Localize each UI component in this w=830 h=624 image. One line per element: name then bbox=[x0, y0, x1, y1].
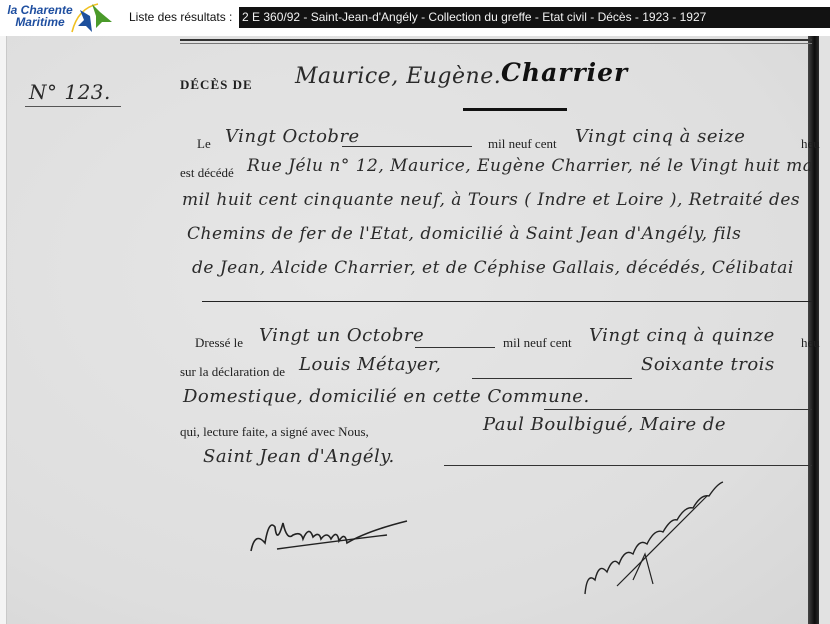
document-viewer[interactable]: N° 123. DÉCÈS DE Maurice, Eugène. Charri… bbox=[0, 36, 830, 624]
mayor-signature bbox=[577, 476, 737, 606]
la-charente-maritime-logo[interactable]: la Charente Maritime bbox=[6, 2, 116, 34]
entry-number-underline bbox=[25, 106, 121, 107]
top-rule bbox=[180, 39, 812, 41]
top-rule-thin bbox=[180, 43, 812, 44]
le-label: Le bbox=[197, 136, 211, 152]
declaration-line-2-rule bbox=[544, 409, 812, 410]
drawn-year-label: mil neuf cent bbox=[503, 335, 572, 351]
drawn-day-month: Vingt un Octobre bbox=[259, 325, 424, 346]
drawn-hour-label: heu bbox=[801, 335, 820, 351]
officer-rule bbox=[444, 465, 812, 466]
logo-text: la Charente Maritime bbox=[6, 4, 74, 28]
page-spine-shadow bbox=[808, 36, 819, 624]
results-breadcrumb[interactable]: 2 E 360/92 - Saint-Jean-d'Angély - Colle… bbox=[239, 7, 830, 28]
officer-town: Saint Jean d'Angély. bbox=[203, 446, 395, 467]
birds-logo-icon bbox=[68, 2, 114, 34]
drawn-date-rule bbox=[415, 347, 495, 348]
officer-name: Paul Boulbigué, Maire de bbox=[483, 414, 726, 435]
drawn-year-hour: Vingt cinq à quinze bbox=[589, 325, 775, 346]
death-year-label: mil neuf cent bbox=[488, 136, 557, 152]
surname-underline bbox=[463, 108, 567, 111]
surname: Charrier bbox=[501, 58, 628, 87]
deces-title: DÉCÈS DE bbox=[180, 77, 253, 93]
declarant-rule bbox=[472, 378, 632, 379]
declaration-label: sur la déclaration de bbox=[180, 364, 285, 380]
results-label: Liste des résultats : bbox=[129, 10, 232, 24]
death-line-1: Rue Jélu n° 12, Maurice, Eugène Charrier… bbox=[247, 156, 813, 176]
deceased-label: est décédé bbox=[180, 165, 234, 181]
death-date-rule bbox=[342, 146, 472, 147]
declarant-name: Louis Métayer, bbox=[299, 354, 441, 375]
death-line-3: Chemins de fer de l'Etat, domicilié à Sa… bbox=[187, 224, 741, 244]
death-section-rule bbox=[202, 301, 812, 302]
drawn-label: Dressé le bbox=[195, 335, 243, 351]
given-names: Maurice, Eugène. bbox=[295, 64, 501, 89]
logo-line2: Maritime bbox=[6, 16, 74, 28]
declarant-signature bbox=[247, 501, 417, 561]
declarant-age: Soixante trois bbox=[641, 354, 775, 375]
viewer-left-edge bbox=[0, 36, 7, 624]
death-day-month: Vingt Octobre bbox=[225, 126, 360, 147]
register-page-image[interactable]: N° 123. DÉCÈS DE Maurice, Eugène. Charri… bbox=[7, 36, 819, 624]
death-line-4: de Jean, Alcide Charrier, et de Céphise … bbox=[192, 258, 794, 278]
declaration-line-2: Domestique, domicilié en cette Commune. bbox=[183, 386, 590, 407]
entry-number: N° 123. bbox=[29, 80, 111, 104]
death-line-2: mil huit cent cinquante neuf, à Tours ( … bbox=[182, 190, 800, 210]
death-year-hour: Vingt cinq à seize bbox=[575, 126, 745, 147]
header-bar: la Charente Maritime Liste des résultats… bbox=[0, 0, 830, 36]
death-hour-label: heu bbox=[801, 136, 820, 152]
reading-label: qui, lecture faite, a signé avec Nous, bbox=[180, 424, 369, 440]
